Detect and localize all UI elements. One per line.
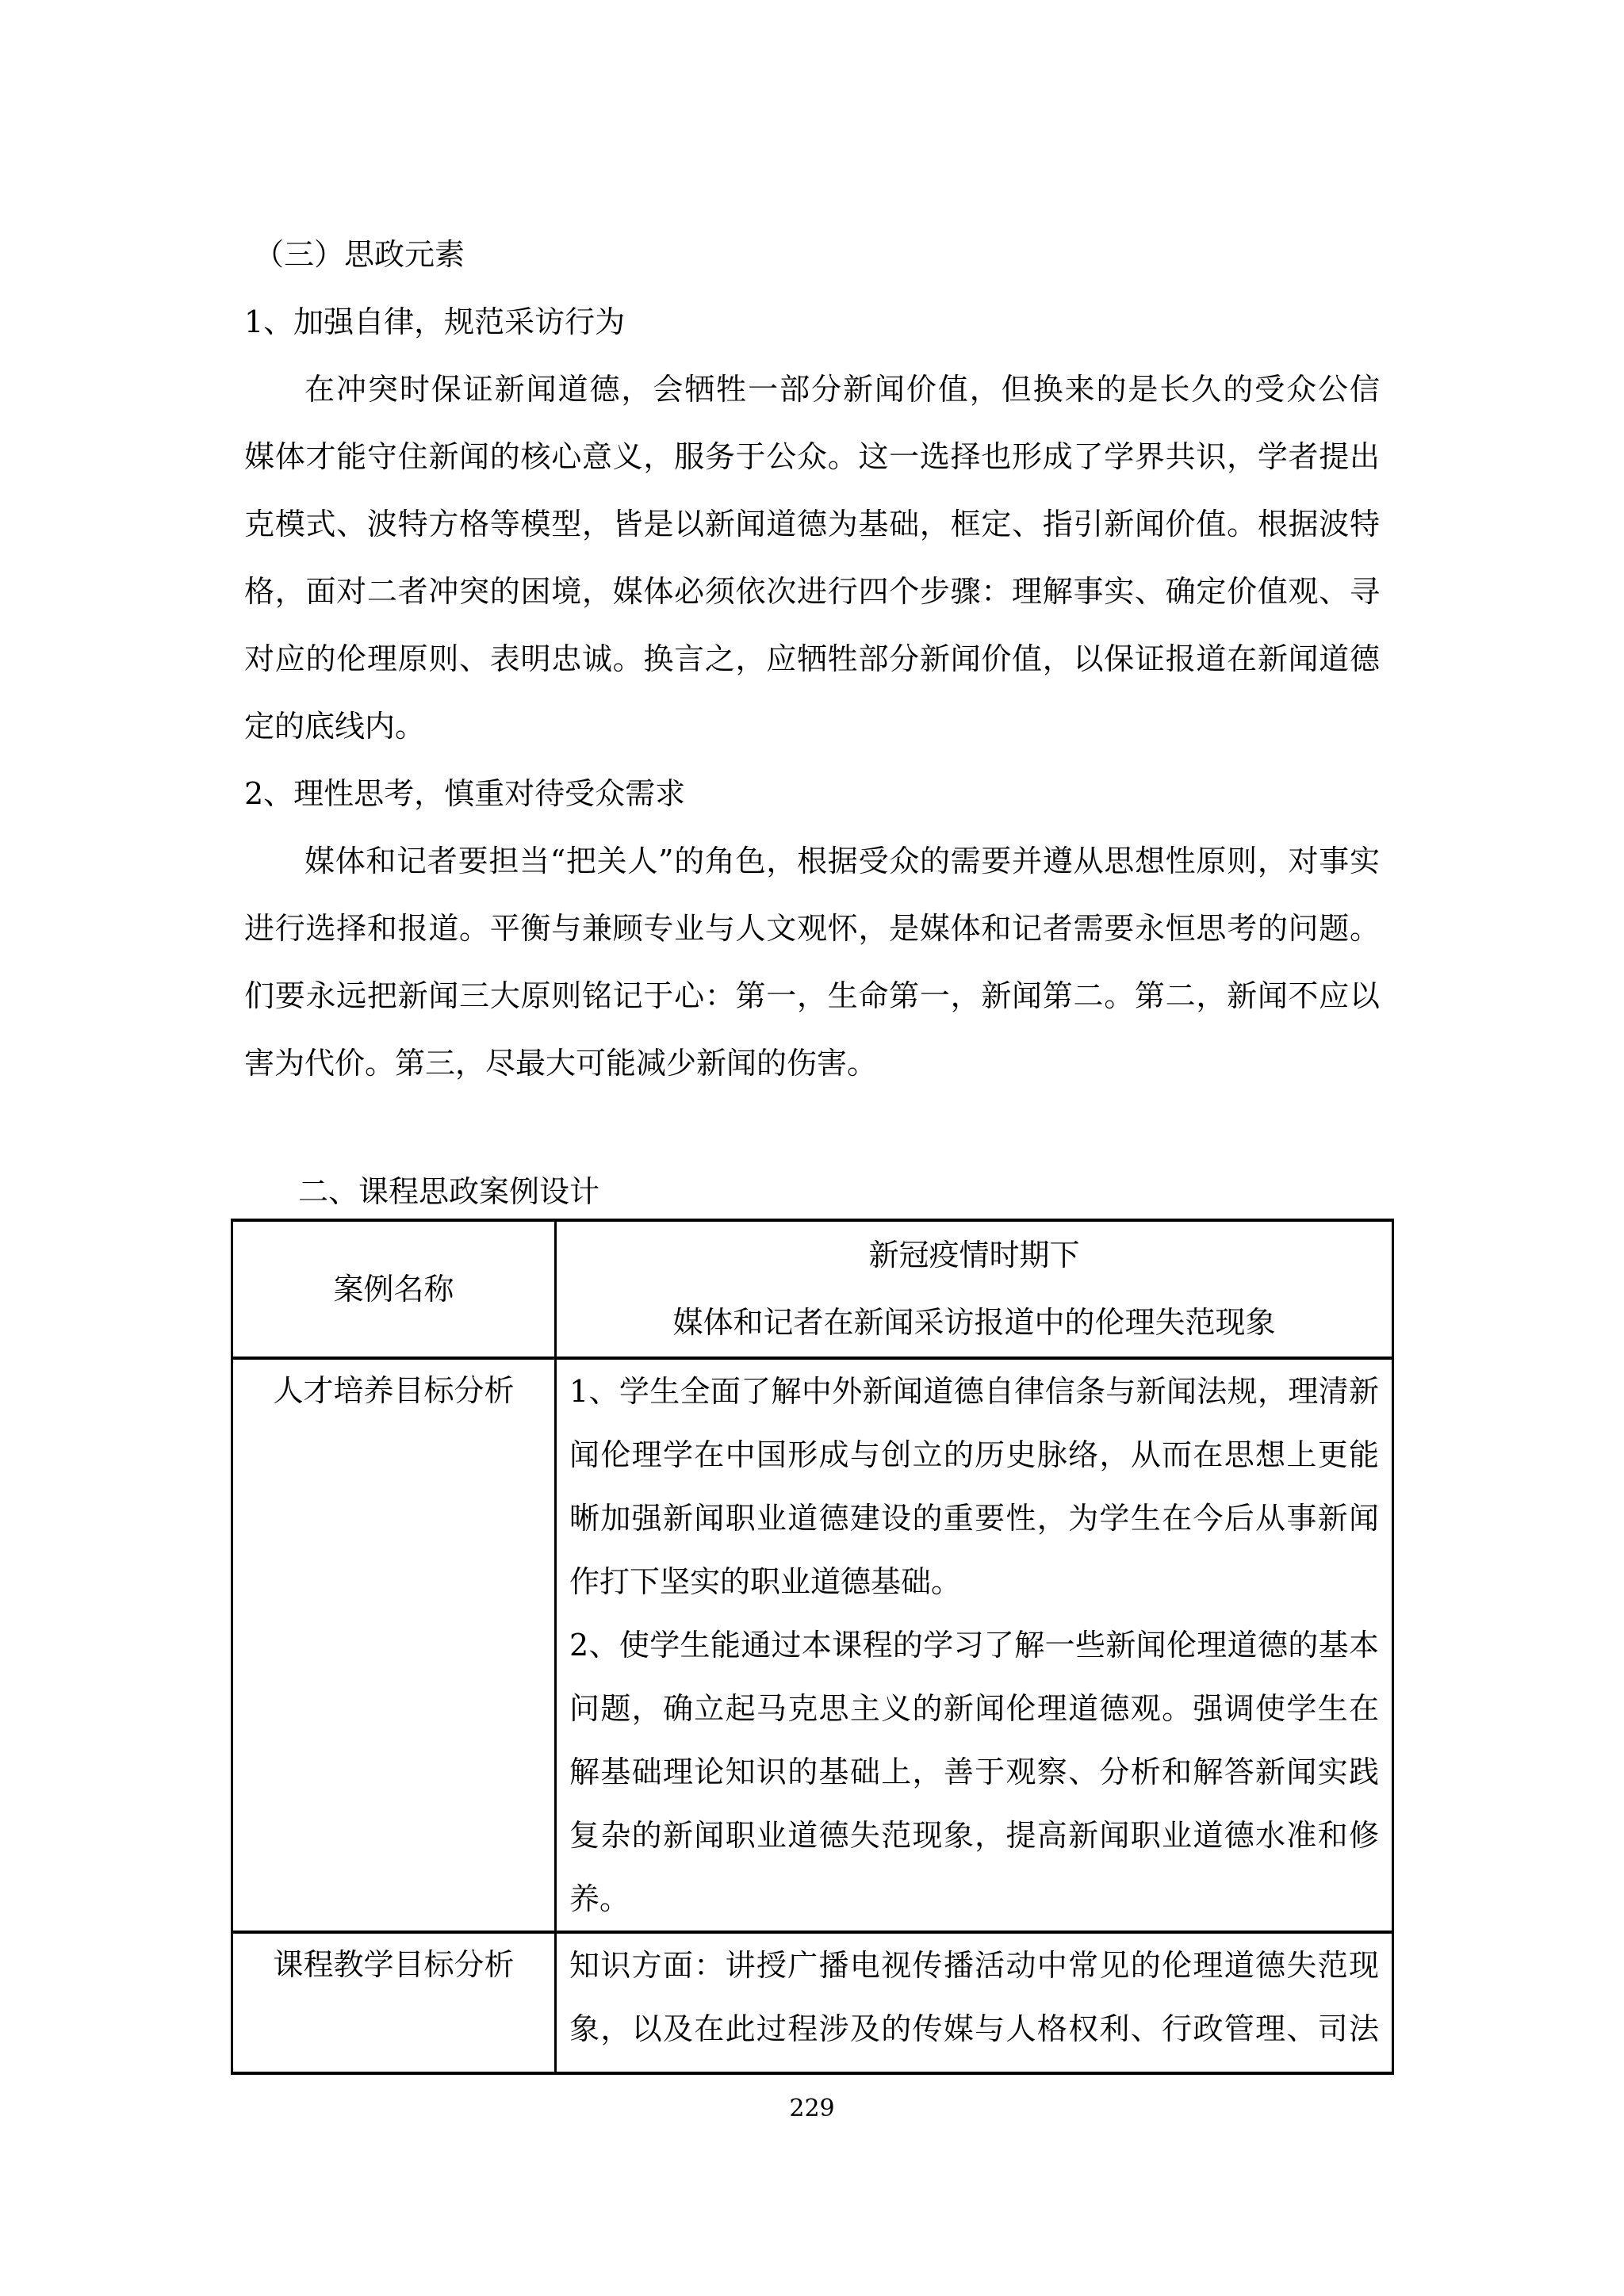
text-line: 对应的伦理原则、表明忠诚。换言之，应牺牲部分新闻价值，以保证报道在新闻道德框 xyxy=(244,626,1380,693)
text-line: 媒体和记者在新闻采访报道中的伦理失范现象 xyxy=(569,1289,1379,1357)
case-name-label-cell: 案例名称 xyxy=(232,1220,556,1358)
course-goal-content-cell: 知识方面：讲授广播电视传播活动中常见的伦理道德失范现象，以及在此过程涉及的传媒与… xyxy=(556,1932,1393,2073)
document-page: （三）思政元素 1、加强自律，规范采访行为 在冲突时保证新闻道德，会牺牲一部分新… xyxy=(0,0,1624,2296)
text-line: 知识方面：讲授广播电视传播活动中常见的伦理道德失范现 xyxy=(569,1934,1379,1997)
page-number: 229 xyxy=(0,2093,1624,2125)
text-line: 作打下坚实的职业道德基础。 xyxy=(569,1550,1379,1613)
text-line: 养。 xyxy=(569,1867,1379,1931)
course-goal-label: 课程教学目标分析 xyxy=(273,1934,514,1996)
text-line: 2、使学生能通过本课程的学习了解一些新闻伦理道德的基本 xyxy=(569,1613,1379,1677)
list-item-1-heading: 1、加强自律，规范采访行为 xyxy=(244,289,1380,356)
text-line: 复杂的新闻职业道德失范现象，提高新闻职业道德水准和修 xyxy=(569,1804,1379,1867)
course-goal-label-cell: 课程教学目标分析 xyxy=(232,1932,556,2073)
table-row-course-goal: 课程教学目标分析 知识方面：讲授广播电视传播活动中常见的伦理道德失范现象，以及在… xyxy=(232,1932,1393,2073)
talent-goal-label-cell: 人才培养目标分析 xyxy=(232,1358,556,1932)
paragraph-1: 在冲突时保证新闻道德，会牺牲一部分新闻价值，但换来的是长久的受众公信力，媒体才能… xyxy=(244,356,1380,760)
text-line: 进行选择和报道。平衡与兼顾专业与人文观怀，是媒体和记者需要永恒思考的问题。我 xyxy=(244,895,1380,962)
text-line: 闻伦理学在中国形成与创立的历史脉络，从而在思想上更能明 xyxy=(569,1423,1379,1487)
subsection-heading: （三）思政元素 xyxy=(254,221,1380,289)
table-row-talent-goal: 人才培养目标分析 1、学生全面了解中外新闻道德自律信条与新闻法规，理清新闻伦理学… xyxy=(232,1358,1393,1932)
text-line: 媒体和记者要担当“把关人”的角色，根据受众的需要并遵从思想性原则，对事实 xyxy=(244,828,1380,895)
table-row-case-name: 案例名称 新冠疫情时期下媒体和记者在新闻采访报道中的伦理失范现象 xyxy=(232,1220,1393,1358)
text-line: 们要永远把新闻三大原则铭记于心：第一，生命第一，新闻第二。第二，新闻不应以伤 xyxy=(244,962,1380,1030)
talent-goal-label: 人才培养目标分析 xyxy=(273,1360,514,1422)
text-line: 格，面对二者冲突的困境，媒体必须依次进行四个步骤：理解事实、确定价值观、寻找 xyxy=(244,558,1380,626)
list-item-2-heading: 2、理性思考，慎重对待受众需求 xyxy=(244,760,1380,828)
case-name-content-cell: 新冠疫情时期下媒体和记者在新闻采访报道中的伦理失范现象 xyxy=(556,1220,1393,1358)
text-line: 在冲突时保证新闻道德，会牺牲一部分新闻价值，但换来的是长久的受众公信力， xyxy=(244,356,1380,423)
text-line: 1、学生全面了解中外新闻道德自律信条与新闻法规，理清新 xyxy=(569,1360,1379,1423)
body-text-block: （三）思政元素 1、加强自律，规范采访行为 在冲突时保证新闻道德，会牺牲一部分新… xyxy=(244,221,1380,1219)
text-line: 解基础理论知识的基础上，善于观察、分析和解答新闻实践中 xyxy=(569,1740,1379,1804)
talent-goal-content-cell: 1、学生全面了解中外新闻道德自律信条与新闻法规，理清新闻伦理学在中国形成与创立的… xyxy=(556,1358,1393,1932)
text-line: 问题，确立起马克思主义的新闻伦理道德观。强调使学生在理 xyxy=(569,1677,1379,1740)
paragraph-2: 媒体和记者要担当“把关人”的角色，根据受众的需要并遵从思想性原则，对事实进行选择… xyxy=(244,828,1380,1097)
text-line: 害为代价。第三，尽最大可能减少新闻的伤害。 xyxy=(244,1030,1380,1097)
case-name-label: 案例名称 xyxy=(333,1256,454,1323)
text-line: 新冠疫情时期下 xyxy=(569,1222,1379,1289)
case-design-table: 案例名称 新冠疫情时期下媒体和记者在新闻采访报道中的伦理失范现象 人才培养目标分… xyxy=(231,1219,1394,2075)
text-line: 晰加强新闻职业道德建设的重要性，为学生在今后从事新闻工 xyxy=(569,1487,1379,1550)
text-line: 定的底线内。 xyxy=(244,693,1380,760)
text-line: 媒体才能守住新闻的核心意义，服务于公众。这一选择也形成了学界共识，学者提出博 xyxy=(244,423,1380,491)
section-heading: 二、课程思政案例设计 xyxy=(244,1165,1380,1219)
text-line: 克模式、波特方格等模型，皆是以新闻道德为基础，框定、指引新闻价值。根据波特方 xyxy=(244,491,1380,558)
text-line: 象，以及在此过程涉及的传媒与人格权利、行政管理、司法独 xyxy=(569,1997,1379,2061)
